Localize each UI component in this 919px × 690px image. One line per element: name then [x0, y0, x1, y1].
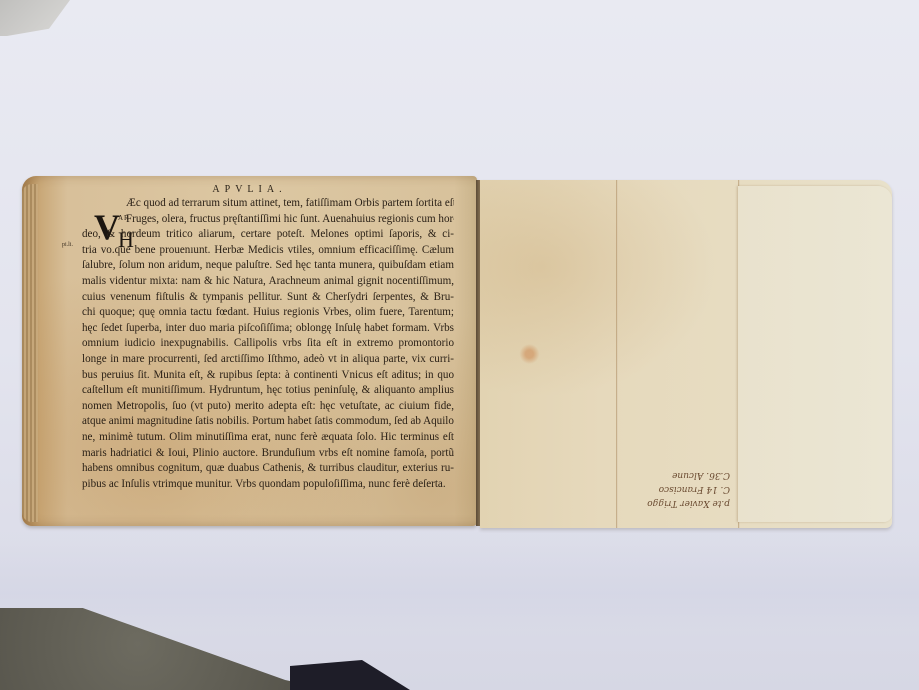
- handwritten-line: C.36. Alcune: [610, 468, 730, 482]
- text-line: hęc ſedet ſuperba, inter duo maria piſco…: [82, 321, 454, 337]
- text-line: pibus ac Inſulis vtrimque munitur. Vrbs …: [82, 477, 454, 493]
- text-line: caſtellum eſt munitiſſimum. Hydruntum, h…: [82, 383, 454, 399]
- handwritten-note: p.te Xavier Triggo C. 14 Francisco C.36.…: [610, 430, 730, 510]
- text-line: malis videntur mixta: nam & hic Natura, …: [82, 274, 454, 290]
- text-line: nomen Metropolis, ſuo (vt puto) merito a…: [82, 399, 454, 415]
- page-edges: [22, 184, 38, 522]
- text-line: longe in mare procurrenti, ſed arctiſſim…: [82, 352, 454, 368]
- text-line: deo, & hordeum tritico aliarum, certare …: [82, 227, 454, 243]
- body-text: Æc quod ad terrarum situm attinet, tem, …: [82, 196, 454, 492]
- text-line: cuius venenum fiſtulis & tympanis pellit…: [82, 290, 454, 306]
- right-page: p.te Xavier Triggo C. 14 Francisco C.36.…: [480, 180, 892, 528]
- text-line: bus peruius ſit. Munita eſt, & rupibus ſ…: [82, 368, 454, 384]
- text-line: atque animi magnitudine ſatis nobilis. P…: [82, 414, 454, 430]
- handwritten-line: p.te Xavier Triggo: [610, 496, 730, 510]
- ground-shadow: [290, 660, 410, 690]
- handwritten-line: C. 14 Francisco: [610, 482, 730, 496]
- running-head: APVLIA.: [22, 184, 477, 195]
- text-line: omnium iudicio inexpugnabilis. Callipoli…: [82, 336, 454, 352]
- open-book: APVLIA. V AR H pi.li. Æc quod ad terraru…: [22, 176, 892, 528]
- text-line: maris hadriatici & Ioui, Plinio auctore.…: [82, 446, 454, 462]
- text-line: tria vo.que bene prouenıunt. Herbæ Medic…: [82, 243, 454, 259]
- page-flap: [738, 186, 892, 522]
- text-line: ſalubre, ſolum non aridum, neque paluſtr…: [82, 258, 454, 274]
- text-line: ne, minimè tutum. Olim minutiſſima erat,…: [82, 430, 454, 446]
- text-line: Æc quod ad terrarum situm attinet, tem, …: [82, 196, 454, 212]
- left-page: APVLIA. V AR H pi.li. Æc quod ad terraru…: [22, 176, 477, 526]
- paper-scrap: [0, 0, 70, 36]
- cloth-fold: [0, 540, 919, 630]
- text-line: habens omnibus cognitum, quæ duabus Cath…: [82, 461, 454, 477]
- text-line: Fruges, olera, fructus pręſtantiſſimi hi…: [82, 212, 454, 228]
- margin-note: pi.li.: [62, 242, 73, 248]
- text-line: chi quoque; quę omnia tactu fœdant. Huiu…: [82, 305, 454, 321]
